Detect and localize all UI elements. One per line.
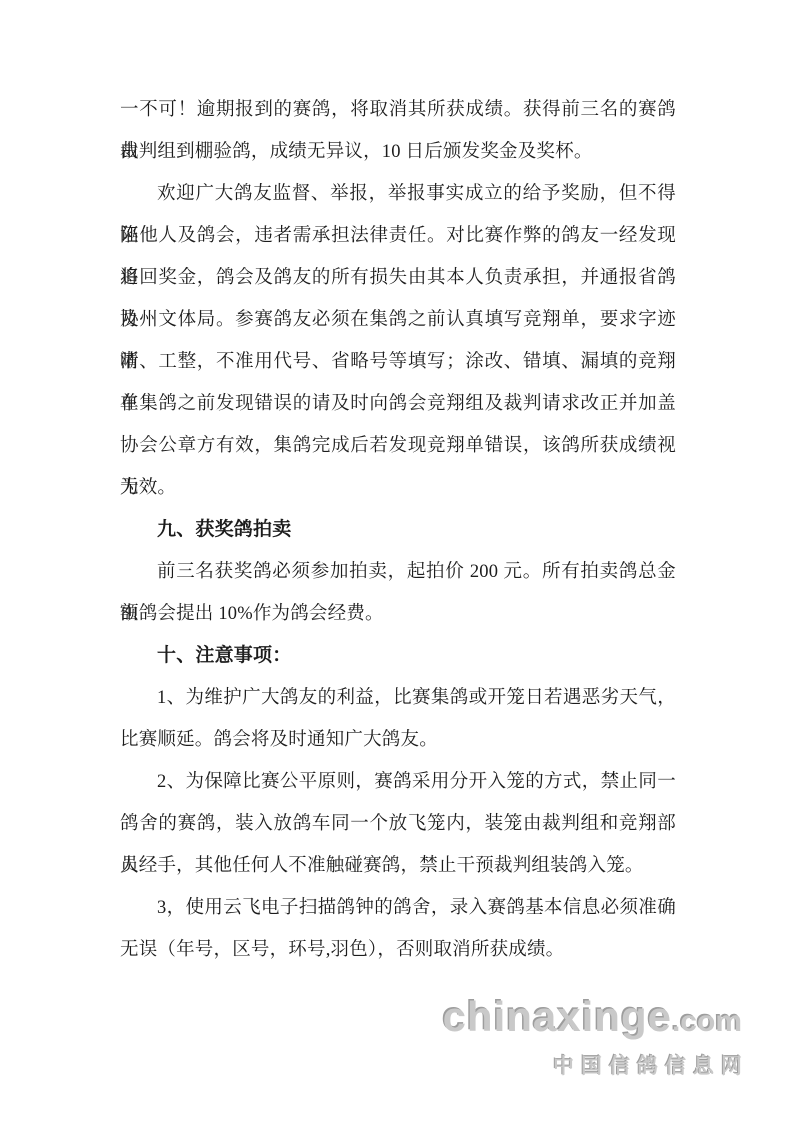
text-line: 前三名获奖鸽必须参加拍卖，起拍价 200 元。所有拍卖鸽总金额 bbox=[120, 551, 676, 593]
watermark: chinaxinge.com 中国信鸽信息网 bbox=[443, 998, 742, 1080]
text-line: 员经手，其他任何人不准触碰赛鸽，禁止干预裁判组装鸽入笼。 bbox=[120, 845, 676, 887]
watermark-caption: 中国信鸽信息网 bbox=[443, 1050, 749, 1080]
text-line: 由鸽会提出 10%作为鸽会经费。 bbox=[120, 593, 676, 635]
text-line: 协会公章方有效，集鸽完成后若发现竞翔单错误，该鸽所获成绩视为 bbox=[120, 425, 676, 467]
text-line: 鸽舍的赛鸽，装入放鸽车同一个放飞笼内，装笼由裁判组和竞翔部人 bbox=[120, 803, 676, 845]
text-line: 比赛顺延。鸽会将及时通知广大鸽友。 bbox=[120, 719, 676, 761]
document-body: 一不可！逾期报到的赛鸽，将取消其所获成绩。获得前三名的赛鸽由裁判组到棚验鸽，成绩… bbox=[120, 89, 676, 971]
text-line: 晰、工整，不准用代号、省略号等填写；涂改、错填、漏填的竞翔单 bbox=[120, 341, 676, 383]
text-line: 1、为维护广大鸽友的利益，比赛集鸽或开笼日若遇恶劣天气， bbox=[120, 677, 676, 719]
text-line: 2、为保障比赛公平原则，赛鸽采用分开入笼的方式，禁止同一 bbox=[120, 761, 676, 803]
text-line: 一不可！逾期报到的赛鸽，将取消其所获成绩。获得前三名的赛鸽由 bbox=[120, 89, 676, 131]
watermark-site-name: chinaxinge bbox=[443, 993, 672, 1040]
document-page: 一不可！逾期报到的赛鸽，将取消其所获成绩。获得前三名的赛鸽由裁判组到棚验鸽，成绩… bbox=[0, 0, 793, 1122]
section-heading: 十、注意事项： bbox=[120, 635, 676, 677]
text-line: 及州文体局。参赛鸽友必须在集鸽之前认真填写竞翔单，要求字迹清 bbox=[120, 299, 676, 341]
text-line: 裁判组到棚验鸽，成绩无异议，10 日后颁发奖金及奖杯。 bbox=[120, 131, 676, 173]
text-line: 3，使用云飞电子扫描鸽钟的鸽舍，录入赛鸽基本信息必须准确 bbox=[120, 887, 676, 929]
text-line: 陷他人及鸽会，违者需承担法律责任。对比赛作弊的鸽友一经发现将 bbox=[120, 215, 676, 257]
watermark-logo: chinaxinge.com bbox=[443, 998, 742, 1046]
section-heading: 九、获奖鸽拍卖 bbox=[120, 509, 676, 551]
text-line: 无误（年号，区号，环号,羽色），否则取消所获成绩。 bbox=[120, 929, 676, 971]
text-line: 追回奖金，鸽会及鸽友的所有损失由其本人负责承担，并通报省鸽协 bbox=[120, 257, 676, 299]
text-line: 在集鸽之前发现错误的请及时向鸽会竞翔组及裁判请求改正并加盖 bbox=[120, 383, 676, 425]
text-line: 无效。 bbox=[120, 467, 676, 509]
text-line: 欢迎广大鸽友监督、举报，举报事实成立的给予奖励，但不得诬 bbox=[120, 173, 676, 215]
watermark-tld: .com bbox=[672, 1005, 742, 1038]
